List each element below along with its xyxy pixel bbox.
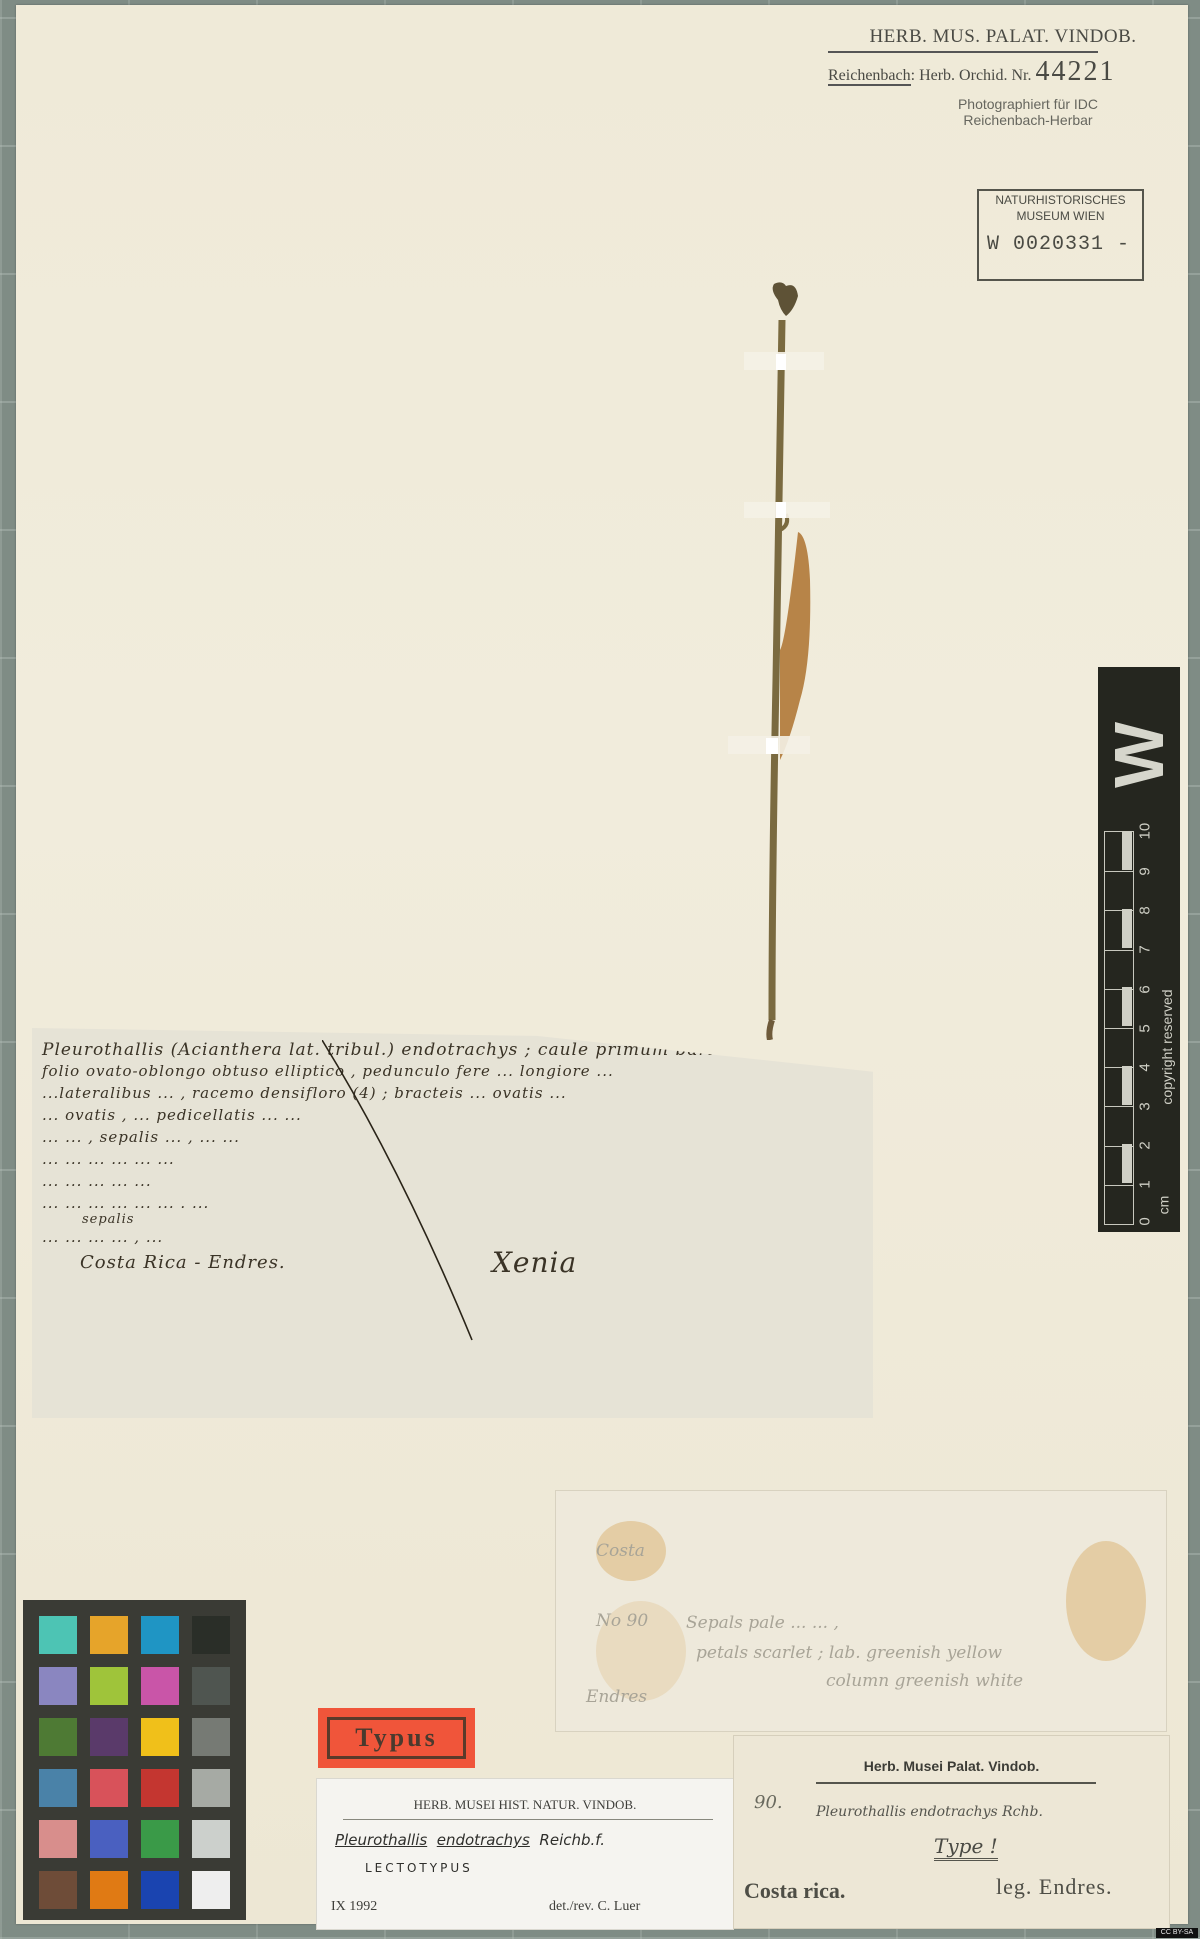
- pencil-collector: Endres: [586, 1687, 647, 1707]
- det-epithet: endotrachys: [437, 1831, 530, 1849]
- color-patch: [141, 1769, 179, 1807]
- color-patch: [90, 1769, 128, 1807]
- color-patch: [39, 1718, 77, 1756]
- color-patch: [141, 1667, 179, 1705]
- note-line: ... ... ... ... , ...: [42, 1228, 163, 1246]
- stamp-prefix: Reichenbach: [828, 67, 911, 86]
- tick-4: 4: [1137, 1061, 1154, 1075]
- note-line: ... ... ... ... ... ... . ...: [42, 1194, 209, 1212]
- tick-6: 6: [1137, 983, 1154, 997]
- color-patch: [90, 1871, 128, 1909]
- color-patch: [90, 1820, 128, 1858]
- color-patch: [192, 1667, 230, 1705]
- tick-2: 2: [1137, 1139, 1154, 1153]
- tick-10: 10: [1137, 826, 1154, 840]
- note-line: ... ... ... ... ...: [42, 1172, 152, 1190]
- stamp-rule: [828, 51, 1098, 53]
- tick-9: 9: [1137, 865, 1154, 879]
- color-patch: [141, 1718, 179, 1756]
- stamp-mid: : Herb. Orchid. Nr.: [911, 67, 1032, 84]
- color-patch: [192, 1616, 230, 1654]
- color-patch: [90, 1718, 128, 1756]
- color-patch: [192, 1769, 230, 1807]
- color-patch: [39, 1616, 77, 1654]
- herbarium-stamp: HERB. MUS. PALAT. VINDOB. Reichenbach: H…: [828, 26, 1168, 88]
- handwritten-description-note: Pleurothallis (Acianthera lat. tribul.) …: [32, 1020, 873, 1418]
- pen-stroke: [322, 1040, 502, 1350]
- museum-barcode-box: NATURHISTORISCHES MUSEUM WIEN W 0020331 …: [977, 189, 1144, 281]
- color-patch: [141, 1871, 179, 1909]
- tick-8: 8: [1137, 904, 1154, 918]
- palat-type-note: Type !: [934, 1834, 998, 1861]
- tick-7: 7: [1137, 943, 1154, 957]
- det-rule: [343, 1819, 713, 1820]
- tick-1: 1: [1137, 1178, 1154, 1192]
- note-line: ... ... ... ... ... ...: [42, 1150, 175, 1168]
- pencil-line: column greenish white: [826, 1671, 1023, 1691]
- tick-5: 5: [1137, 1022, 1154, 1036]
- det-species: Pleurothallis endotrachys Reichb.f.: [335, 1831, 605, 1849]
- palat-collector: leg. Endres.: [996, 1874, 1112, 1900]
- unit-label: cm: [1155, 1196, 1171, 1215]
- museum-name-line1: NATURHISTORISCHES: [979, 194, 1142, 207]
- det-date: IX 1992: [331, 1899, 377, 1915]
- color-patch: [192, 1820, 230, 1858]
- note-locality: Costa Rica - Endres.: [80, 1252, 286, 1273]
- specimen-id: W 0020331 -: [987, 233, 1142, 256]
- color-patch: [39, 1769, 77, 1807]
- copyright-text: copyright reserved: [1156, 967, 1178, 1127]
- tick-0: 0: [1137, 1215, 1154, 1229]
- color-patch: [141, 1820, 179, 1858]
- det-header: HERB. MUSEI HIST. NATUR. VINDOB.: [317, 1797, 733, 1813]
- pencil-number: No 90: [596, 1611, 648, 1631]
- note-line: ... ... , sepalis ... , ... ...: [42, 1128, 240, 1146]
- pencil-top-word: Costa: [596, 1541, 645, 1561]
- color-calibration-chart: [23, 1600, 246, 1920]
- color-patch: [39, 1667, 77, 1705]
- det-status: LECTOTYPUS: [365, 1861, 473, 1875]
- photo-stamp-line1: Photographiert für IDC: [928, 96, 1128, 112]
- palat-rule: [816, 1782, 1096, 1784]
- color-patch: [192, 1871, 230, 1909]
- pencil-line: Sepals pale ... ... ,: [686, 1613, 839, 1633]
- photo-stamp-line2: Reichenbach-Herbar: [928, 112, 1128, 128]
- field-notes-label: Costa No 90 Sepals pale ... ... , petals…: [555, 1490, 1167, 1732]
- palat-locality: Costa rica.: [744, 1878, 845, 1904]
- typus-label: Typus: [318, 1708, 475, 1768]
- original-label: Herb. Musei Palat. Vindob. 90. Pleurotha…: [733, 1735, 1170, 1929]
- herbarium-stamp-title: HERB. MUS. PALAT. VINDOB.: [828, 26, 1168, 48]
- palat-species: Pleurothallis endotrachys Rchb.: [816, 1804, 1043, 1820]
- museum-logo: W: [1089, 726, 1189, 788]
- pencil-line: petals scarlet ; lab. greenish yellow: [696, 1643, 1002, 1663]
- license-badge: CC BY-SA: [1156, 1928, 1198, 1938]
- color-patch: [39, 1820, 77, 1858]
- photo-stamp: Photographiert für IDC Reichenbach-Herba…: [928, 96, 1128, 128]
- color-patch: [90, 1616, 128, 1654]
- det-author: Reichb.f.: [539, 1831, 605, 1849]
- color-patch: [39, 1871, 77, 1909]
- note-line: sepalis: [82, 1212, 134, 1227]
- det-determiner: det./rev. C. Luer: [549, 1899, 640, 1915]
- color-patch: [90, 1667, 128, 1705]
- det-genus: Pleurothallis: [335, 1831, 427, 1849]
- scale-ruler: W 10 9 8 7 6 5 4 3 2 1 0 copyright reser…: [1098, 667, 1180, 1232]
- herbarium-stamp-reference: Reichenbach: Herb. Orchid. Nr.44221: [828, 56, 1168, 88]
- herbarium-number: 44221: [1035, 56, 1115, 87]
- color-patch: [141, 1616, 179, 1654]
- determination-label: HERB. MUSEI HIST. NATUR. VINDOB. Pleurot…: [316, 1778, 734, 1930]
- note-line: ... ovatis , ... pedicellatis ... ...: [42, 1106, 302, 1124]
- note-signature: Xenia: [492, 1246, 577, 1279]
- typus-text: Typus: [355, 1723, 437, 1753]
- tick-3: 3: [1137, 1100, 1154, 1114]
- palat-header: Herb. Musei Palat. Vindob.: [734, 1758, 1169, 1774]
- orchid-specimen: [700, 280, 860, 1040]
- palat-number: 90.: [754, 1792, 783, 1813]
- museum-name-line2: MUSEUM WIEN: [979, 210, 1142, 223]
- color-patch: [192, 1718, 230, 1756]
